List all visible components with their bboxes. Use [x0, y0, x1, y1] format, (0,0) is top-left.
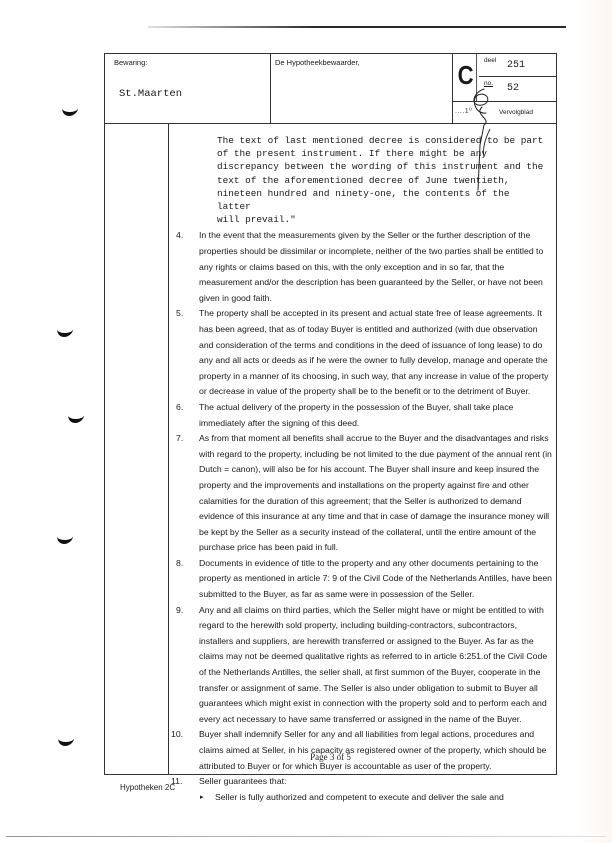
hypotheekbewaarder-label: De Hypotheekbewaarder, [275, 58, 360, 67]
clause-text: Buyer shall indemnify Seller for any and… [199, 729, 547, 770]
form-code-label: Hypotheken 2C [120, 783, 175, 792]
binding-hole-mark [57, 734, 75, 746]
clause-item: 5.The property shall be accepted in its … [171, 306, 553, 400]
clause-item: 8.Documents in evidence of title to the … [171, 556, 553, 603]
page-number: Page 3 of 5 [105, 752, 556, 762]
clause-list: 4.In the event that the measurements giv… [171, 228, 553, 789]
vervolgblad-number: ....1º [455, 108, 472, 115]
scan-bottom-rule [6, 836, 606, 837]
clause-text: The property shall be accepted in its pr… [199, 308, 548, 396]
clause-number: 5. [176, 306, 196, 322]
binding-hole-mark [56, 532, 74, 544]
deel-cell: deel 251 [479, 54, 556, 77]
guarantee-bullet: ▸ Seller is fully authorized and compete… [171, 790, 553, 806]
clause-text: Documents in evidence of title to the pr… [199, 558, 552, 599]
registry-header: Bewaring: St.Maarten De Hypotheekbewaard… [105, 54, 556, 124]
clause-item: 9.Any and all claims on third parties, w… [171, 603, 553, 728]
clause-item: 10.Buyer shall indemnify Seller for any … [171, 727, 553, 774]
clause-item: 4.In the event that the measurements giv… [171, 228, 553, 306]
clause-text: Any and all claims on third parties, whi… [199, 605, 547, 724]
margin-column [105, 123, 169, 774]
number-label: no. [484, 80, 493, 87]
clause-number: 7. [176, 431, 196, 447]
scan-edge-shade [576, 0, 612, 843]
deel-value: 251 [507, 60, 525, 71]
clause-text: As from that moment all benefits shall a… [199, 433, 552, 552]
quoted-decree-text: The text of last mentioned decree is con… [217, 134, 547, 226]
clause-item: 7.As from that moment all benefits shall… [171, 431, 553, 556]
clause-number: 4. [176, 228, 196, 244]
clause-text: In the event that the measurements given… [199, 230, 543, 302]
binding-hole-mark [61, 104, 79, 116]
clause-number: 6. [176, 400, 196, 416]
vervolgblad-cell: ....1º Vervolgblad [453, 101, 556, 123]
bullet-arrow-icon: ▸ [200, 790, 204, 806]
clause-text: The actual delivery of the property in t… [199, 402, 513, 428]
deed-body: The text of last mentioned decree is con… [171, 134, 553, 805]
register-letter: C [455, 54, 477, 101]
bullet-text: Seller is fully authorized and competent… [215, 792, 504, 802]
deel-label: deel [484, 57, 496, 64]
bewaring-label: Bewaring: [114, 58, 147, 67]
binding-hole-mark [56, 325, 74, 337]
binding-hole-mark [67, 411, 85, 423]
hypotheekbewaarder-cell: De Hypotheekbewaarder, [271, 54, 453, 123]
clause-number: 8. [176, 556, 196, 572]
number-cell: no. 52 [479, 77, 556, 101]
vervolgblad-label: Vervolgblad [499, 109, 533, 116]
clause-number: 10. [171, 727, 191, 743]
bewaring-cell: Bewaring: St.Maarten [105, 54, 271, 123]
deed-page: Bewaring: St.Maarten De Hypotheekbewaard… [104, 53, 557, 775]
clause-item: 6.The actual delivery of the property in… [171, 400, 553, 431]
scan-top-rule [148, 26, 566, 28]
clause-item: 11.Seller guarantees that: [171, 774, 553, 790]
clause-text: Seller guarantees that: [199, 776, 286, 786]
bewaring-value: St.Maarten [119, 88, 182, 100]
number-value: 52 [507, 83, 519, 94]
clause-number: 9. [176, 603, 196, 619]
